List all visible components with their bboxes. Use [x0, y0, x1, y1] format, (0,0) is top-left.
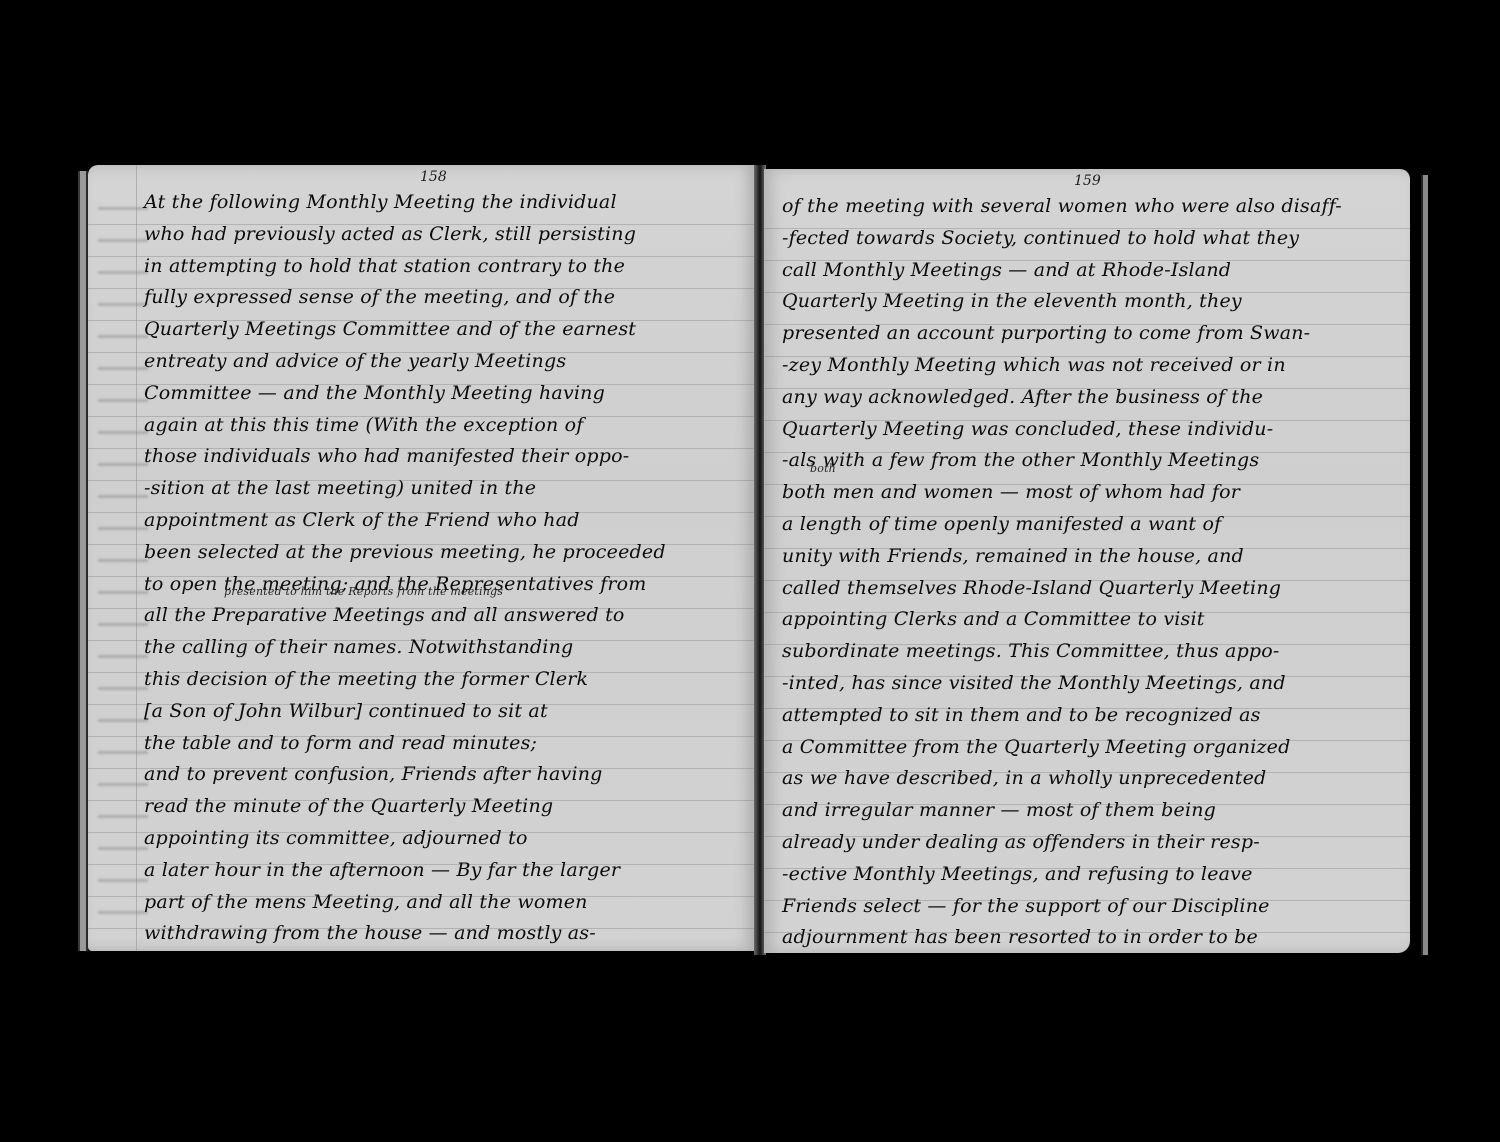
text-line: withdrawing from the house — and mostly … — [144, 918, 744, 950]
text-line: Quarterly Meeting was concluded, these i… — [782, 414, 1394, 446]
text-line: read the minute of the Quarterly Meeting — [144, 791, 744, 823]
margin-rule — [136, 165, 137, 951]
text-line: this decision of the meeting the former … — [144, 664, 744, 696]
page-number: 158 — [420, 169, 447, 185]
right-page: 159 of the meeting with several women wh… — [764, 169, 1410, 953]
text-line: -fected towards Society, continued to ho… — [782, 223, 1394, 255]
text-line: Friends select — for the support of our … — [782, 891, 1394, 923]
text-line: adjournment has been resorted to in orde… — [782, 922, 1394, 953]
page-number: 159 — [1074, 173, 1101, 189]
text-line: presented an account purporting to come … — [782, 318, 1394, 350]
text-line: -sembling again at the hour of adjournme… — [144, 950, 744, 951]
text-line: -inted, has since visited the Monthly Me… — [782, 668, 1394, 700]
text-line: of the meeting with several women who we… — [782, 191, 1394, 223]
text-line: Committee — and the Monthly Meeting havi… — [144, 378, 744, 410]
text-line: Quarterly Meeting in the eleventh month,… — [782, 286, 1394, 318]
text-line: the calling of their names. Notwithstand… — [144, 632, 744, 664]
text-line: called themselves Rhode-Island Quarterly… — [782, 573, 1394, 605]
text-line: a later hour in the afternoon — By far t… — [144, 855, 744, 887]
text-line: Quarterly Meetings Committee and of the … — [144, 314, 744, 346]
text-line: attempted to sit in them and to be recog… — [782, 700, 1394, 732]
text-line: any way acknowledged. After the business… — [782, 382, 1394, 414]
left-page: 158 At the following Monthly Meeting the… — [88, 165, 756, 951]
text-line: appointment as Clerk of the Friend who h… — [144, 505, 744, 537]
text-line: [a Son of John Wilbur] continued to sit … — [144, 696, 744, 728]
text-line: appointing Clerks and a Committee to vis… — [782, 604, 1394, 636]
text-line-with-insertion: presented to him the Reports from the me… — [144, 600, 744, 632]
text-line: already under dealing as offenders in th… — [782, 827, 1394, 859]
text-line: and irregular manner — most of them bein… — [782, 795, 1394, 827]
text-line: subordinate meetings. This Committee, th… — [782, 636, 1394, 668]
text-line: a length of time openly manifested a wan… — [782, 509, 1394, 541]
text-line: again at this this time (With the except… — [144, 410, 744, 442]
text-line: those individuals who had manifested the… — [144, 441, 744, 473]
text-line: a Committee from the Quarterly Meeting o… — [782, 732, 1394, 764]
text-line: fully expressed sense of the meeting, an… — [144, 282, 744, 314]
text-line: entreaty and advice of the yearly Meetin… — [144, 346, 744, 378]
text-line: unity with Friends, remained in the hous… — [782, 541, 1394, 573]
text-line: -ective Monthly Meetings, and refusing t… — [782, 859, 1394, 891]
manuscript-text: of the meeting with several women who we… — [782, 191, 1394, 953]
text-line: been selected at the previous meeting, h… — [144, 537, 744, 569]
text-line: and to prevent confusion, Friends after … — [144, 759, 744, 791]
text-line: -sition at the last meeting) united in t… — [144, 473, 744, 505]
ledger-spread: 158 At the following Monthly Meeting the… — [88, 165, 1410, 951]
text-line: appointing its committee, adjourned to — [144, 823, 744, 855]
text-line: the table and to form and read minutes; — [144, 728, 744, 760]
bleed-through-marks — [98, 185, 148, 931]
text-line: as we have described, in a wholly unprec… — [782, 763, 1394, 795]
text-line: -als with a few from the other Monthly M… — [782, 445, 1394, 477]
text-line-body: all the Preparative Meetings and all ans… — [144, 604, 625, 626]
manuscript-text: At the following Monthly Meeting the ind… — [144, 187, 744, 951]
text-line: who had previously acted as Clerk, still… — [144, 219, 744, 251]
page-stack-edge-left — [78, 171, 88, 951]
text-line: in attempting to hold that station contr… — [144, 251, 744, 283]
text-line: At the following Monthly Meeting the ind… — [144, 187, 744, 219]
text-line-body: both men and women — most of whom had fo… — [782, 481, 1240, 503]
text-line: -zey Monthly Meeting which was not recei… — [782, 350, 1394, 382]
text-line: part of the mens Meeting, and all the wo… — [144, 887, 744, 919]
text-line: call Monthly Meetings — and at Rhode-Isl… — [782, 255, 1394, 287]
text-line-with-insertion: both both men and women — most of whom h… — [782, 477, 1394, 509]
page-stack-edge-right — [1421, 175, 1428, 955]
